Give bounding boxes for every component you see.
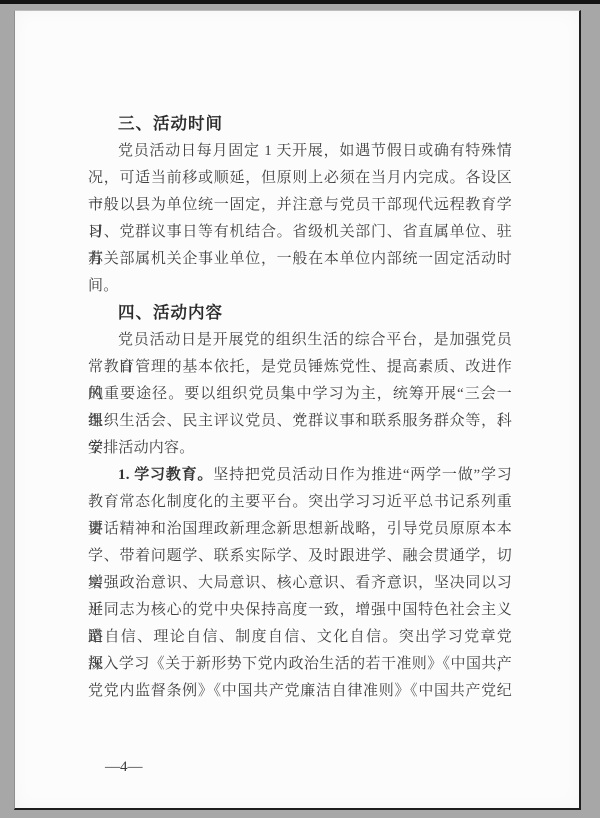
text-line: 平同志为核心的党中央保持高度一致，增强中国特色社会主义道 [88, 597, 512, 624]
text-line: 况，可适当前移或顺延，但原则上必须在当月内完成。各设区市 [88, 165, 512, 192]
text-line: 教育常态化制度化的主要平台。突出学习习近平总书记系列重要 [88, 489, 512, 516]
text-line: 路自信、理论自信、制度自信、文化自信。突出学习党章党规， [88, 624, 512, 651]
scan-edge-strip [0, 0, 600, 4]
text-line: 党党内监督条例》《中国共产党廉洁自律准则》《中国共产党纪 [88, 678, 512, 705]
text-line: 间。 [88, 273, 512, 300]
text-line: 增强政治意识、大局意识、核心意识、看齐意识，坚决同以习近 [88, 570, 512, 597]
paragraph-lead: 1. 学习教育。 [118, 467, 213, 483]
document-body: 三、活动时间党员活动日每月固定 1 天开展，如遇节假日或确有特殊情况，可适当前移… [88, 111, 512, 705]
section-heading: 四、活动内容 [88, 300, 512, 327]
text-line: 讲话精神和治国理政新理念新思想新战略，引导党员原原本本 [88, 516, 512, 543]
text-line: 组织生活会、民主评议党员、党群议事和联系服务群众等，科学 [88, 408, 512, 435]
document-sheet: 三、活动时间党员活动日每月固定 1 天开展，如遇节假日或确有特殊情况，可适当前移… [14, 10, 581, 810]
page-number: —4— [105, 759, 143, 776]
text-line: 深入学习《关于新形势下党内政治生活的若干准则》《中国共产 [88, 651, 512, 678]
text-line: 的重要途径。要以组织党员集中学习为主，统筹开展“三会一课”、 [88, 381, 512, 408]
text-line: 学、带着问题学、联系实际学、及时跟进学、融会贯通学，切实 [88, 543, 512, 570]
section-heading: 三、活动时间 [88, 111, 512, 138]
text-line: 1. 学习教育。坚持把党员活动日作为推进“两学一做”学习 [88, 462, 512, 489]
text-line: 有关部属机关企事业单位，一般在本单位内部统一固定活动时 [88, 246, 512, 273]
text-line: 安排活动内容。 [88, 435, 512, 462]
text-line: 党员活动日是开展党的组织生活的综合平台，是加强党员日 [88, 327, 512, 354]
text-line: 党员活动日每月固定 1 天开展，如遇节假日或确有特殊情 [88, 138, 512, 165]
text-line: 一般以县为单位统一固定，并注意与党员干部现代远程教育学习 [88, 192, 512, 219]
text-line: 日、党群议事日等有机结合。省级机关部门、省直属单位、驻苏 [88, 219, 512, 246]
text-line: 常教育管理的基本依托，是党员锤炼党性、提高素质、改进作风 [88, 354, 512, 381]
scanned-page-background: 三、活动时间党员活动日每月固定 1 天开展，如遇节假日或确有特殊情况，可适当前移… [0, 0, 600, 818]
